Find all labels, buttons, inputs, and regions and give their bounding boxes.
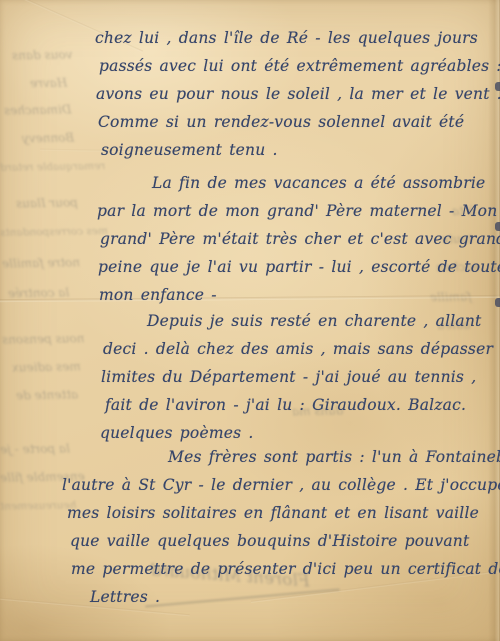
handwritten-line: deci . delà chez des amis , mais sans dé… — [0, 335, 500, 363]
handwritten-line: peine que je l'ai vu partir - lui , esco… — [0, 253, 500, 281]
handwritten-line: par la mort de mon grand' Père maternel … — [0, 197, 500, 225]
handwritten-line: Comme si un rendez-vous solennel avait é… — [0, 108, 500, 136]
handwritten-line: me permettre de présenter d'ici peu un c… — [0, 555, 500, 583]
handwritten-line: limites du Département - j'ai joué au te… — [0, 363, 500, 391]
handwritten-line: passés avec lui ont été extrêmement agré… — [0, 52, 500, 80]
handwritten-line: La fin de mes vacances a été assombrie — [0, 169, 500, 197]
handwritten-line: Mes frères sont partis : l'un à Fontaine… — [0, 443, 500, 471]
letter-page: vous dans Havre Dimanches Bonnevy remarq… — [0, 0, 500, 641]
handwritten-line: chez lui , dans l'île de Ré - les quelqu… — [0, 24, 500, 52]
scanned-letter: vous dans Havre Dimanches Bonnevy remarq… — [0, 0, 500, 641]
handwritten-line: que vaille quelques bouquins d'Histoire … — [0, 527, 500, 555]
handwritten-line: l'autre à St Cyr - le dernier , au collè… — [0, 471, 500, 499]
handwritten-line: mes loisirs solitaires en flânant et en … — [0, 499, 500, 527]
handwritten-line: soigneusement tenu . — [0, 136, 500, 164]
handwritten-line: mon enfance - — [0, 281, 500, 309]
handwritten-line: avons eu pour nous le soleil , la mer et… — [0, 80, 500, 108]
handwritten-line: Lettres . — [0, 583, 500, 611]
handwritten-line: Depuis je suis resté en charente , allan… — [0, 307, 500, 335]
handwritten-line: fait de l'aviron - j'ai lu : Giraudoux. … — [0, 391, 500, 419]
handwritten-line: grand' Père m'était très cher et c'est a… — [0, 225, 500, 253]
